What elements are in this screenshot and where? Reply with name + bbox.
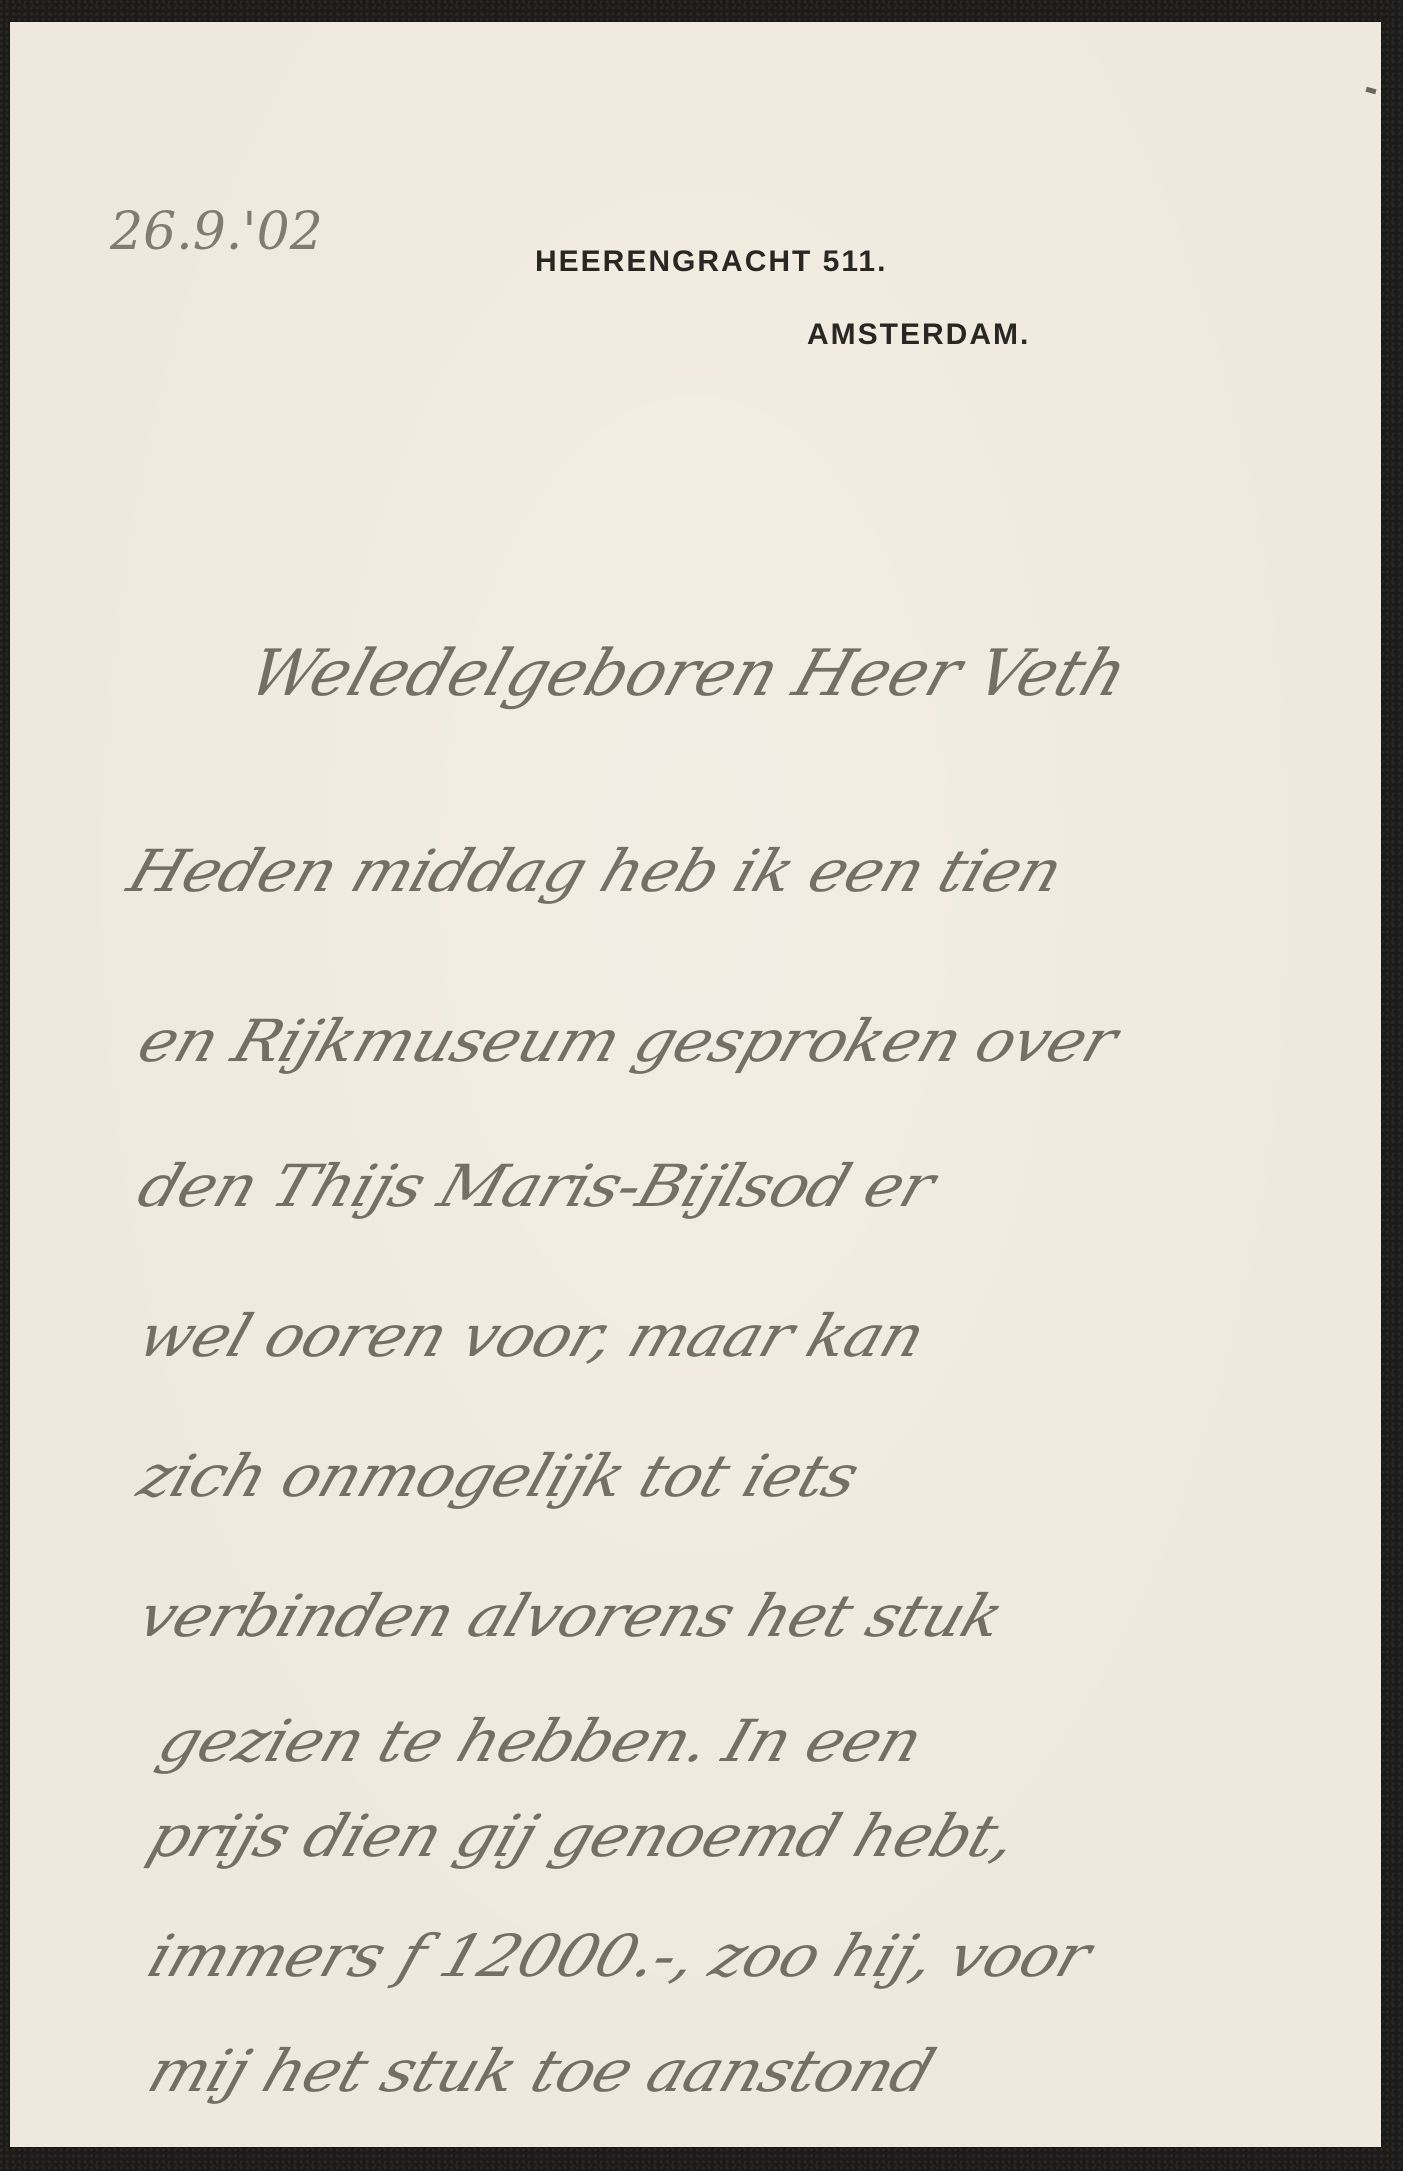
salutation: Weledelgeboren Heer Veth: [240, 637, 1136, 711]
body-line: prijs dien gij genoemd hebt,: [140, 1802, 1025, 1870]
body-line: mij het stuk toe aanstond: [140, 2037, 942, 2105]
body-line: gezien te hebben. In een: [150, 1707, 930, 1775]
letter-paper: 26.9.'02 HEERENGRACHT 511. AMSTERDAM. We…: [10, 22, 1381, 2147]
body-line: Heden middag heb ik een tien: [120, 837, 1070, 905]
body-line: en Rijkmuseum gesproken over: [130, 1007, 1125, 1075]
body-line: zich onmogelijk tot iets: [130, 1442, 867, 1510]
handwritten-date: 26.9.'02: [110, 202, 323, 262]
body-line: verbinden alvorens het stuk: [130, 1582, 1011, 1650]
letterhead-city: AMSTERDAM.: [807, 318, 1030, 352]
body-line: wel ooren voor, maar kan: [130, 1302, 933, 1370]
body-line: immers f 12000.-, zoo hij, voor: [140, 1922, 1099, 1990]
letterhead-street: HEERENGRACHT 511.: [535, 245, 887, 279]
body-line: den Thijs Maris-Bijlsod er: [130, 1152, 942, 1220]
